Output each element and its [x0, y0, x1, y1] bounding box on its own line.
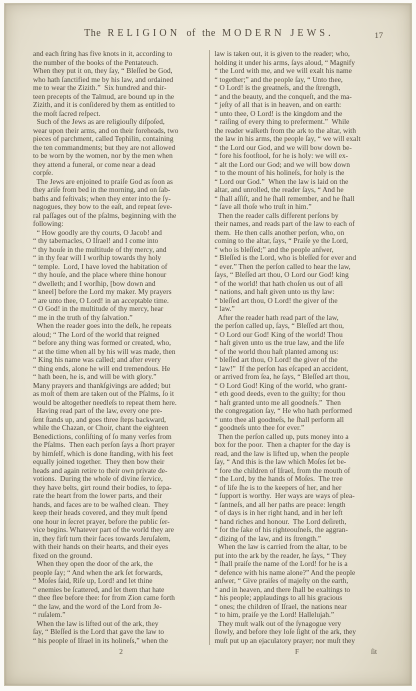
- text-line: ſay, “ And this is the law which Moſes ſ…: [214, 458, 385, 467]
- book-page: The RELIGION of the MODERN JEWS. 17 and …: [4, 3, 412, 686]
- text-line: “ and in heaven, and there ſhall be exal…: [214, 586, 385, 595]
- text-line: “ thy houſe in the multitude of thy merc…: [33, 246, 204, 255]
- column-rule: [209, 50, 210, 645]
- text-line: they attend a funeral, or come near a de…: [33, 161, 204, 170]
- text-line: “ ruſalem.”: [33, 611, 204, 620]
- text-line: “ of the world thou haſt planted among u…: [214, 348, 385, 357]
- text-line: “ How goodly are thy courts, O Jacob! an…: [33, 229, 204, 238]
- text-line: as moſt of them are taken out of the Pſa…: [33, 390, 204, 399]
- text-line: “ hath been, he is, and will be with glo…: [33, 373, 204, 382]
- page-scan: The RELIGION of the MODERN JEWS. 17 and …: [0, 0, 416, 691]
- text-line: hands, and faces are to be waſhed clean.…: [33, 501, 204, 510]
- text-line: “ fore the children of Iſrael, from the …: [214, 467, 385, 476]
- text-line: box for the poor. Then a chapter for the…: [214, 441, 385, 450]
- text-line: baths and feſtivals; when they enter int…: [33, 195, 204, 204]
- text-line: “ ſhall aſſiſt, and he ſhall remember, a…: [214, 195, 385, 204]
- text-line: “ goodneſs unto thee for ever.”: [214, 424, 385, 433]
- text-line: rate the heart from the lower parts, and…: [33, 492, 204, 501]
- text-line: “ thing ends, alone he will end tremendo…: [33, 365, 204, 374]
- text-line: or arrived from ſea, he ſays, “ Bleſſed …: [214, 373, 385, 382]
- text-line: “ ſhall praiſe the name of the Lord! for…: [214, 560, 385, 569]
- text-line: the law in his arms, the people ſay, “ w…: [214, 135, 385, 144]
- text-line: “ law.”: [214, 305, 385, 314]
- text-line: When the law is carried from the altar, …: [214, 543, 385, 552]
- text-line: “ raiſing of every thing to preferment.”…: [214, 118, 385, 127]
- text-line: would be altogether needleſs to repeat t…: [33, 399, 204, 408]
- text-line: “ bleſſed art thou, O Lord! the giver of…: [214, 356, 385, 365]
- text-line: anſwer, “ Give praiſes of majeſty on the…: [214, 577, 385, 586]
- text-line: “ are unto thee, O Lord! in an acceptabl…: [33, 297, 204, 306]
- text-line: they ariſe from bed in the morning, and …: [33, 186, 204, 195]
- text-line: Many prayers and thankſgivings are added…: [33, 382, 204, 391]
- text-line: “ hand riches and honour. The Lord deſir…: [214, 518, 385, 527]
- text-line: “ thy tabernacles, O Iſrael! and I come …: [33, 237, 204, 246]
- text-line: the congregation ſay, “ He who hath perf…: [214, 407, 385, 416]
- text-line: ſlowly, and before they loſe ſight of th…: [214, 628, 385, 637]
- text-line: Then the perſon called up, puts money in…: [214, 433, 385, 442]
- text-line: “ kneel] before the Lord my maker. My pr…: [33, 288, 204, 297]
- text-line: “ nations, and haſt given unto us thy la…: [214, 288, 385, 297]
- text-line: “ O God! in the multitude of thy mercy, …: [33, 305, 204, 314]
- text-line: “ Lord our God.” When the law is laid on…: [214, 178, 385, 187]
- text-line: who hath ſanctified me by his law, and o…: [33, 76, 204, 85]
- text-line: When the reader goes into the deſk, he r…: [33, 322, 204, 331]
- text-line: “ of days is in her right hand, and in h…: [214, 509, 385, 518]
- title-word-the: The: [84, 28, 101, 39]
- text-line: the Pſalms. Then each perſon ſays a ſhor…: [33, 441, 204, 450]
- text-line: following:: [33, 220, 204, 229]
- text-line: “ and the beauty, and the conqueſt, and …: [214, 93, 385, 102]
- text-line: The Jews are enjoined to praiſe God as ſ…: [33, 178, 204, 187]
- text-line: “ in thy fear will I worſhip towards thy…: [33, 254, 204, 263]
- text-line: “ law!” If the perſon has eſcaped an acc…: [214, 365, 385, 374]
- text-line: their names, and reads part of the law t…: [214, 220, 385, 229]
- text-line: with their hands on their hearts, and th…: [33, 543, 204, 552]
- text-line: Having read part of the law, every one p…: [33, 407, 204, 416]
- text-line: “ thy houſe, and the place where thine h…: [33, 271, 204, 280]
- text-line: the reader walketh from the ark to the a…: [214, 127, 385, 136]
- text-line: “ me in the truth of thy ſalvation.”: [33, 314, 204, 323]
- text-line: “ enemies be ſcattered, and let them tha…: [33, 586, 204, 595]
- text-line: votions. During the whole of divine ſerv…: [33, 475, 204, 484]
- text-line: them. He then calls another perſon, who,…: [214, 229, 385, 238]
- text-line: When they open the door of the ark, the: [33, 560, 204, 569]
- text-line: “ King his name was called; and after ev…: [33, 356, 204, 365]
- text-line: pieces of parchment, called Tephilin, co…: [33, 135, 204, 144]
- text-line: in, they firſt turn their faces towards …: [33, 535, 204, 544]
- text-line: “ Bleſſed is the Lord, who is bleſſed fo…: [214, 254, 385, 263]
- text-columns: and each ſtring has five knots in it, ac…: [33, 50, 385, 645]
- text-line: nagogues, they bow to the eaſt, and repe…: [33, 203, 204, 212]
- text-line: After the reader hath read part of the l…: [214, 314, 385, 323]
- text-line: muſt put up an ejaculatory prayer; nor m…: [214, 637, 385, 646]
- text-line: “ dwelleth; and I worſhip, [bow down and: [33, 280, 204, 289]
- text-line: “ jeſty of all that is in heaven, and on…: [214, 101, 385, 110]
- text-line: “ ones; the children of Iſrael, the nati…: [214, 603, 385, 612]
- running-title: The RELIGION of the MODERN JEWS.: [33, 28, 385, 39]
- page-number: 17: [375, 30, 384, 40]
- text-line: “ of the world! that hath choſen us out …: [214, 280, 385, 289]
- text-line: ſay, “ Bleſſed is the Lord that gave the…: [33, 628, 204, 637]
- text-line: vice begins. Whatever part of the world …: [33, 526, 204, 535]
- text-line: “ ſupport is worthy. Her ways are ways o…: [214, 492, 385, 501]
- text-line: corpſe.: [33, 169, 204, 178]
- text-line: me to wear the Zizith.” Six hundred and …: [33, 84, 204, 93]
- text-line: “ of life ſhe is to the keepers of her, …: [214, 484, 385, 493]
- text-line: wear upon their arms, and on their foreh…: [33, 127, 204, 136]
- text-line: “ the law, and the word of the Lord from…: [33, 603, 204, 612]
- title-word-the2: the: [202, 28, 216, 39]
- text-line: fixed on the ground.: [33, 552, 204, 561]
- text-line: “ bleſſed art thou, O Lord! the giver of…: [214, 297, 385, 306]
- text-line: they have belts, girt round their bodies…: [33, 484, 204, 493]
- text-line: ral paſſages out of the pſalms, beginnin…: [33, 212, 204, 221]
- text-line: “ fore his footſtool, for he is holy: we…: [214, 152, 385, 161]
- catchword: ſit: [371, 648, 377, 656]
- text-line: “ O Lord! is the greatneſs, and the ſtre…: [214, 84, 385, 93]
- text-line: “ eth good deeds, even to the guilty; fo…: [214, 390, 385, 399]
- text-line: “ together;” and the people ſay, “ Unto …: [214, 76, 385, 85]
- text-line: ſent ſtands up, and goes three ſteps bac…: [33, 416, 204, 425]
- text-line: “ his people; applaudings to all his gra…: [214, 594, 385, 603]
- text-line: the moſt ſacred reſpect.: [33, 110, 204, 119]
- right-column: law is taken out, it is given to the rea…: [214, 50, 385, 645]
- text-line: by himſelf, which is done ſtanding, with…: [33, 450, 204, 459]
- title-caps-modern-jews: MODERN JEWS.: [222, 28, 334, 39]
- text-line: “ O Lord our God! King of the world! Tho…: [214, 331, 385, 340]
- text-line: “ unto thee, O Lord! is the kingdom and …: [214, 110, 385, 119]
- text-line: keep their heads covered, and they muſt …: [33, 509, 204, 518]
- text-line: and each ſtring has five knots in it, ac…: [33, 50, 204, 59]
- text-line: Benedictions, conſiſting of ſo many verſ…: [33, 433, 204, 442]
- signature-mark: F: [295, 648, 299, 656]
- text-line: “ dizing of the law, and its ſtrength.”: [214, 535, 385, 544]
- foot-right: F ſit: [209, 648, 385, 656]
- title-caps-religion: RELIGION: [107, 28, 180, 39]
- title-word-of: of: [187, 28, 196, 39]
- text-line: “ thee flee before thee: for from Zion c…: [33, 594, 204, 603]
- text-line: When the law is lifted out of the ark, t…: [33, 620, 204, 629]
- foot-left: 2: [33, 648, 209, 656]
- text-line: to be worn by the women, nor by the men …: [33, 152, 204, 161]
- text-line: Then the reader calls different perſons …: [214, 212, 385, 221]
- text-line: “ at the time when all by his will was m…: [33, 348, 204, 357]
- text-line: “ for the ſake of his righteouſneſs, the…: [214, 526, 385, 535]
- text-line: Such of the Jews as are religiouſly diſp…: [33, 118, 204, 127]
- text-line: “ who is bleſſed;” and the people anſwer…: [214, 246, 385, 255]
- text-line: equally joined together. They then bow t…: [33, 458, 204, 467]
- text-line: the number of the books of the Pentateuc…: [33, 59, 204, 68]
- text-line: law is taken out, it is given to the rea…: [214, 50, 385, 59]
- text-line: “ Moſes ſaid, Riſe up, Lord! and let thi…: [33, 577, 204, 586]
- text-line: When they put it on, they ſay, “ Bleſſed…: [33, 67, 204, 76]
- text-line: the ten commandments; but they are not a…: [33, 144, 204, 153]
- text-line: They muſt walk out of the ſynagogue very: [214, 620, 385, 629]
- text-line: people ſay; “ And when the ark ſet forwa…: [33, 569, 204, 578]
- text-line: “ his people of Iſrael in its holineſs,”…: [33, 637, 204, 646]
- text-line: heads and again retire to their own priv…: [33, 467, 204, 476]
- text-line: read, and the law is lifted up, when the…: [214, 450, 385, 459]
- text-line: ſays, “ Bleſſed art thou, O Lord our God…: [214, 271, 385, 280]
- text-line: the perſon called up, ſays, “ Bleſſed ar…: [214, 322, 385, 331]
- text-line: coming to the altar, ſays, “ Praiſe ye t…: [214, 237, 385, 246]
- text-line: “ haſt given unto us the true law, and t…: [214, 339, 385, 348]
- text-line: “ haſt granted unto me all goodneſs.” Th…: [214, 399, 385, 408]
- text-line: one hour in ſecret prayer, before the pu…: [33, 518, 204, 527]
- page-header: The RELIGION of the MODERN JEWS. 17: [33, 28, 385, 44]
- text-line: “ the Lord our God, and we will bow down…: [214, 144, 385, 153]
- text-line: teen precepts of the Talmud, are bound u…: [33, 93, 204, 102]
- text-line: “ before any thing was formed or created…: [33, 339, 204, 348]
- text-line: “ ever.” Then the perſon called to hear …: [214, 263, 385, 272]
- text-line: “ the Lord with me, and we will exalt hi…: [214, 67, 385, 76]
- text-line: “ to the mount of his holineſs, for holy…: [214, 169, 385, 178]
- text-line: while the Chazan, or Choir, chant the ei…: [33, 424, 204, 433]
- text-line: “ defence with his name alone?” And the …: [214, 569, 385, 578]
- text-line: Zizith, and it is conſidered by them as …: [33, 101, 204, 110]
- text-line: “ ſantneſs, and all her paths are peace:…: [214, 501, 385, 510]
- press-figure: 2: [119, 648, 123, 656]
- text-line: put into the ark by the reader, he ſays,…: [214, 552, 385, 561]
- text-line: altar, and unrolled, the reader ſays, “ …: [214, 186, 385, 195]
- text-line: holding it under his arms, ſays aloud, “…: [214, 59, 385, 68]
- text-line: “ ſave all thoſe who truſt in him.”: [214, 203, 385, 212]
- text-line: “ to him, praiſe ye the Lord! Hallelujah…: [214, 611, 385, 620]
- text-line: “ alt the Lord our God; and we will bow …: [214, 161, 385, 170]
- left-column: and each ſtring has five knots in it, ac…: [33, 50, 204, 645]
- text-line: “ the Lord, by the hands of Moſes. The t…: [214, 475, 385, 484]
- foot-line: 2 F ſit: [33, 648, 385, 656]
- text-line: “ temple. Lord, I have loved the habitat…: [33, 263, 204, 272]
- text-line: aloud; “ The Lord of the world that reig…: [33, 331, 204, 340]
- text-line: “ O Lord God! King of the world, who gra…: [214, 382, 385, 391]
- text-line: “ unto thee all goodneſs, he ſhall perfo…: [214, 416, 385, 425]
